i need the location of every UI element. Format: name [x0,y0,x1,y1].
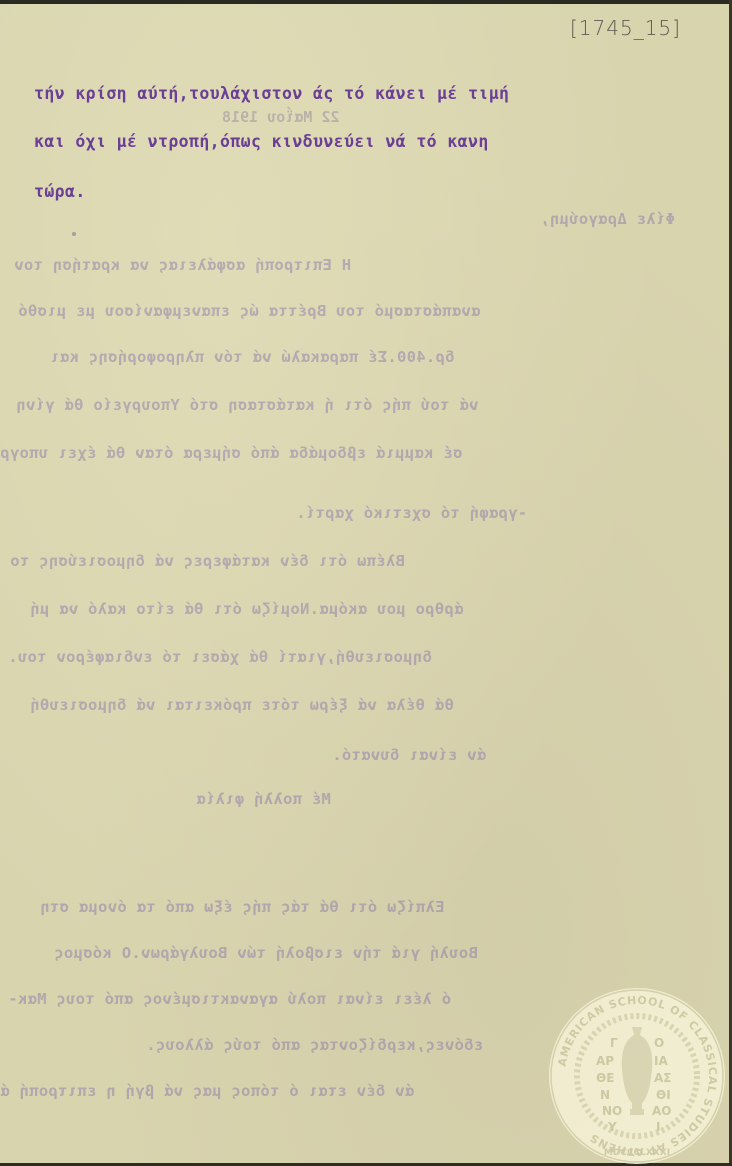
bleed-line: θά θέλα νά ξέρω τότε πρόκειται νά δημοσι… [30,696,454,714]
svg-text:Γ: Γ [610,1036,618,1050]
scan-edge-top [0,0,732,4]
bleed-line: ό λέει είναι πολύ αγανακτισμένος από του… [8,990,451,1008]
bleed-line: Μέ πολλή φιλία [196,790,331,808]
svg-text:MDCCCLXXXI: MDCCCLXXXI [604,1148,670,1158]
bleed-line: νά τού πής ότι ή κατάσταση στό Υπουργείο… [16,396,478,414]
bleed-line: Ελπίζω ότι θά τάς πής έξω από τα όνομα σ… [40,898,445,916]
bleed-line: Βουλή γιά τήν εισβολή τών Βουλγάρων.Ο κό… [54,944,478,962]
bleed-line: άν είναι δυνατό. [332,746,486,764]
bleed-line: -γραφή τό σχετικό χαρτί. [296,504,527,522]
bleed-date-stamp: 22 Μαΐου 1918 [222,108,339,126]
bleed-line: Βλέπω ότι δέν κατάφερες νά δημοσιεύσης τ… [10,552,405,570]
ink-speck [72,232,76,236]
svg-text:ΑΡ: ΑΡ [596,1054,614,1068]
svg-text:ΑΣ: ΑΣ [654,1071,671,1085]
bleed-line: άρθρο μου ακόμα.Νομίζω ότι θά είτο καλό … [30,600,463,618]
bleed-line: άν δέν εται ό τόπος μας νά βγή η επιτροπ… [0,1082,414,1100]
svg-text:Ι: Ι [656,1120,660,1134]
svg-text:ΘΙ: ΘΙ [656,1088,671,1102]
typed-line-1: τήν κρίση αύτή,τουλάχιστον άς τό κάνει μ… [34,84,509,103]
bleed-line: Φίλε Δραγούμη, [540,210,675,228]
document-page: [1745_15] 22 Μαΐου 1918 Φίλε Δραγούμη, Η… [0,0,732,1166]
typed-line-3: τώρα. [34,182,86,201]
typed-line-2: και όχι μέ ντροπή,όπως κινδυνεύει νά τό … [34,132,489,151]
bleed-line: δημοσιευθή,γιατί θά χάσει τό ενδιαφέρον … [8,648,432,666]
svg-text:ΙΑ: ΙΑ [654,1054,668,1068]
bleed-line: εδόνες,κερδίζοντας από τούς άλλους. [146,1036,483,1054]
svg-text:Ο: Ο [654,1036,664,1050]
svg-text:ΝΟ: ΝΟ [602,1104,622,1118]
archive-reference: [1745_15] [570,16,681,40]
bleed-line: αναπάστασμό του Βρέττα ώς επανεμφανίσου … [18,302,480,320]
svg-text:ΘΕ: ΘΕ [596,1071,614,1085]
svg-text:Υ: Υ [607,1120,617,1134]
ascsa-seal-icon: AMERICAN SCHOOL OF CLASSICAL STUDIES AT … [546,985,728,1166]
svg-text:Ν: Ν [600,1088,610,1102]
bleed-line: δρ.400.Σέ παρακαλώ νά τόν πληροφορήσης κ… [50,348,455,366]
bleed-line: σέ καμμιά εβδομάδα άπό σήμερα όταν θά έχ… [0,444,462,462]
bleed-line: Η Επιτροπή ασφάλειας να κρατήση τον [14,256,351,274]
svg-text:ΑΟ: ΑΟ [652,1104,672,1118]
